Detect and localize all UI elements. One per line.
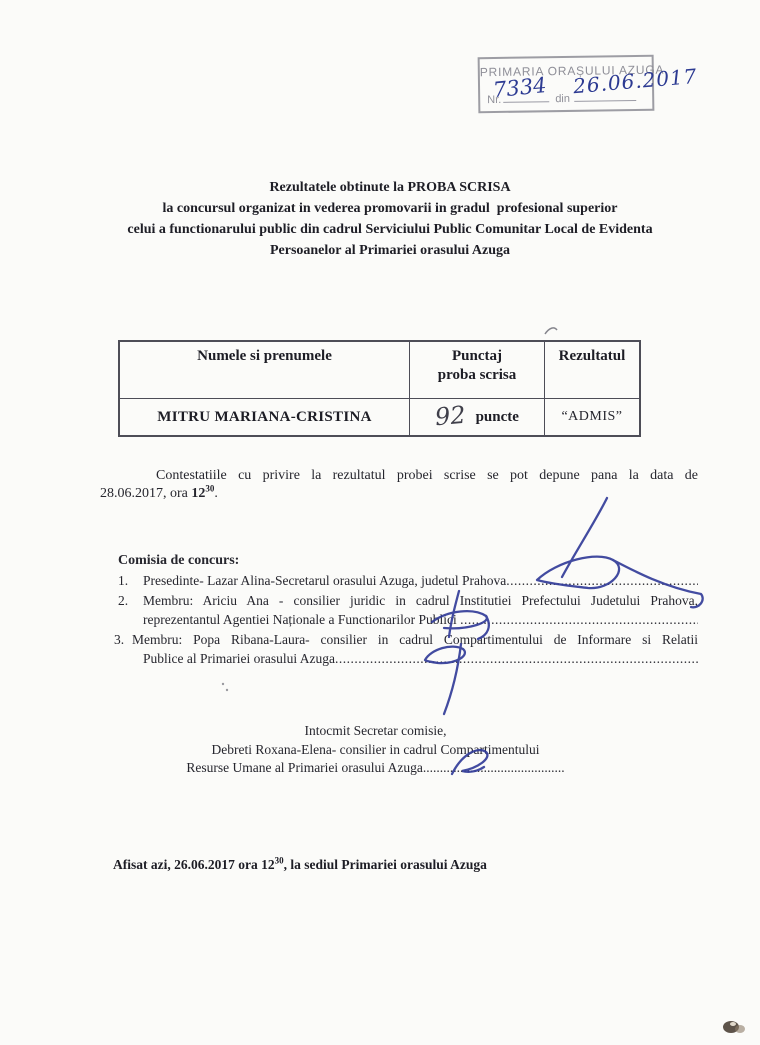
- table-cell-score: 92 puncte: [410, 399, 545, 435]
- stray-pen-mark: [545, 328, 557, 334]
- document-title: Rezultatele obtinute la PROBA SCRISA la …: [55, 177, 725, 261]
- signatures-overlay: [0, 0, 760, 1045]
- commission-member-3-number: 3.: [114, 630, 132, 649]
- contestation-note-line2: 28.06.2017, ora 1230.: [100, 485, 698, 503]
- results-table: Numele si prenumele Punctaj proba scrisa…: [118, 340, 641, 437]
- table-header-score-line1: Punctaj: [410, 347, 544, 366]
- commission-member-3-continuation: Publice al Primariei orasului Azuga ....…: [118, 649, 698, 668]
- contestation-note-period: .: [214, 486, 218, 501]
- dotted-leader: ........................................…: [460, 610, 698, 629]
- table-header-score: Punctaj proba scrisa: [410, 342, 545, 399]
- table-cell-result: “ADMIS”: [545, 399, 639, 435]
- scan-speck: [226, 689, 228, 691]
- commission-member-3-text-cont: Publice al Primariei orasului Azuga: [143, 649, 335, 668]
- commission-member-2-text-cont: reprezentantul Agentiei Naționale a Func…: [143, 610, 460, 629]
- commission-member-3: 3.Membru: Popa Ribana-Laura- consilier i…: [118, 630, 698, 649]
- score-unit-label: puncte: [476, 409, 519, 426]
- prepared-by-section: Intocmit Secretar comisie, Debreti Roxan…: [148, 722, 603, 778]
- title-line-4: Persoanelor al Primariei orasului Azuga: [55, 240, 725, 261]
- posted-notice: Afisat azi, 26.06.2017 ora 1230, la sedi…: [113, 857, 487, 873]
- commission-member-2: 2.Membru: Ariciu Ana - consilier juridic…: [118, 591, 698, 610]
- contestation-note-line1: Contestatiile cu privire la rezultatul p…: [100, 467, 698, 485]
- commission-member-2-text: Membru: Ariciu Ana - consilier juridic i…: [143, 593, 698, 608]
- posted-notice-hour: 12: [261, 857, 275, 872]
- scan-speck: [222, 683, 224, 685]
- posted-notice-suffix: , la sediul Primariei orasului Azuga: [284, 857, 487, 872]
- table-cell-candidate-name: MITRU MARIANA-CRISTINA: [120, 399, 410, 435]
- contestation-deadline-date: 28.06.2017, ora: [100, 486, 191, 501]
- table-header-score-line2: proba scrisa: [410, 366, 544, 385]
- scan-smudge: [723, 1021, 745, 1033]
- handwritten-score-value: 92: [434, 400, 467, 431]
- commission-member-3-text: Membru: Popa Ribana-Laura- consilier in …: [132, 632, 698, 647]
- scanned-document-page: PRIMARIA ORAȘULUI AZUGA Nr.din 7334 26.0…: [0, 0, 760, 1045]
- table-header-name: Numele si prenumele: [120, 342, 410, 399]
- commission-member-1: 1. Presedinte- Lazar Alina-Secretarul or…: [118, 571, 698, 590]
- prepared-by-line3: Resurse Umane al Primariei orasului Azug…: [148, 759, 603, 778]
- title-line-2: la concursul organizat in vederea promov…: [55, 198, 725, 219]
- commission-member-2-continuation: reprezentantul Agentiei Naționale a Func…: [118, 610, 698, 629]
- commission-section: Comisia de concurs: 1. Presedinte- Lazar…: [118, 551, 698, 668]
- prepared-by-line2: Debreti Roxana-Elena- consilier in cadru…: [148, 741, 603, 760]
- dotted-leader: ........................................…: [335, 649, 698, 668]
- table-header-result: Rezultatul: [545, 342, 639, 399]
- commission-member-1-number: 1.: [118, 571, 143, 590]
- title-line-1: Rezultatele obtinute la PROBA SCRISA: [55, 177, 725, 198]
- posted-notice-prefix: Afisat azi, 26.06.2017 ora: [113, 857, 261, 872]
- commission-member-2-number: 2.: [118, 591, 143, 610]
- registration-stamp: PRIMARIA ORAȘULUI AZUGA Nr.din 7334 26.0…: [478, 55, 655, 113]
- title-line-3: celui a functionarului public din cadrul…: [55, 219, 725, 240]
- contestation-note: Contestatiile cu privire la rezultatul p…: [100, 467, 698, 503]
- posted-notice-minutes: 30: [275, 856, 284, 866]
- dotted-leader: ........................................…: [506, 571, 698, 590]
- contestation-deadline-hour: 12: [191, 486, 205, 501]
- prepared-by-line1: Intocmit Secretar comisie,: [148, 722, 603, 741]
- commission-member-1-text: Presedinte- Lazar Alina-Secretarul orasu…: [143, 571, 506, 590]
- commission-heading: Comisia de concurs:: [118, 551, 698, 570]
- stamp-din-label: din: [555, 93, 570, 105]
